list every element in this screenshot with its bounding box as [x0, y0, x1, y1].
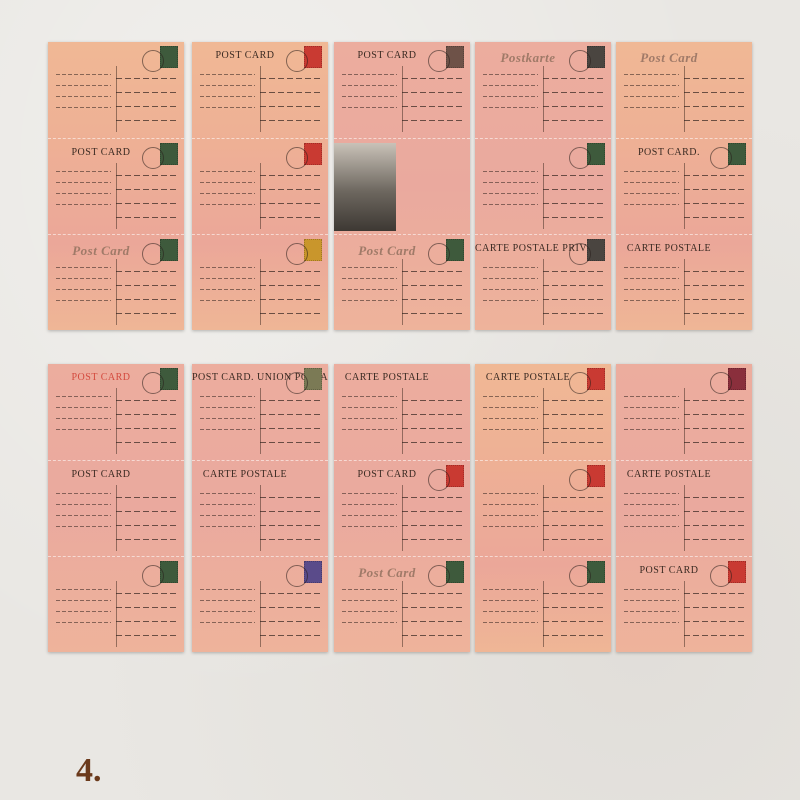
handwriting-line [684, 203, 744, 204]
handwriting-line [342, 278, 397, 279]
postcard-segment: Miss Hedwig Faien, 2558 N. 19th St., Mil… [616, 364, 752, 460]
card-divider [543, 259, 544, 325]
postcard-heading: CARTE POSTALE PRIVEE [475, 243, 581, 254]
postcard-segment: Miss Hedwig Faien, 2558 N. 19th St., Mil… [192, 234, 328, 330]
postcard-segment: PostkarteFrau Emma Zielinski, Berlin C, … [475, 42, 611, 138]
postmark-icon [428, 243, 450, 265]
handwriting-line [260, 621, 320, 622]
handwriting-line [684, 120, 744, 121]
postcard-sheet: POST CARD. UNION POSTALEMiss Margery Web… [192, 364, 328, 652]
handwriting-line [624, 589, 679, 590]
handwriting-line [56, 278, 111, 279]
handwriting-line [260, 497, 320, 498]
postcard-segment: POST CARDMiss Mildred Cohen, Summerville [334, 460, 470, 557]
handwriting-line [200, 418, 255, 419]
postmark-icon [142, 243, 164, 265]
postcard-segment: POST CARD.Miss Margery Webs, Ovstock Rec… [616, 138, 752, 235]
postcard-segment: Santa Rosa [192, 138, 328, 235]
handwriting-line [260, 285, 320, 286]
postmark-icon [569, 147, 591, 169]
postcard-heading: Postkarte [475, 50, 581, 66]
postmark-icon [710, 565, 732, 587]
card-divider [116, 388, 117, 454]
card-divider [543, 66, 544, 132]
handwriting-line [624, 289, 679, 290]
handwriting-line [342, 418, 397, 419]
handwriting-line [200, 504, 255, 505]
postmark-icon [428, 50, 450, 72]
postmark-icon [286, 372, 308, 394]
handwriting-line [200, 396, 255, 397]
postcard-segment [48, 556, 184, 652]
church-photo [334, 143, 396, 231]
handwriting-line [543, 299, 603, 300]
handwriting-line [543, 106, 603, 107]
handwriting-line [624, 204, 679, 205]
handwriting-line [402, 78, 462, 79]
handwriting-line [260, 414, 320, 415]
postcard-sheet: CARTE POSTALEPOST CARDMiss Mildred Cohen… [334, 364, 470, 652]
handwriting-line [402, 593, 462, 594]
postcard-heading: POST CARD [616, 565, 722, 576]
handwriting-line [684, 313, 744, 314]
postcard-segment: POST CARDMr. and Mrs. Paul Cunningham, J… [616, 556, 752, 652]
handwriting-line [543, 428, 603, 429]
handwriting-line [116, 635, 176, 636]
handwriting-line [56, 600, 111, 601]
handwriting-line [483, 96, 538, 97]
handwriting-line [483, 204, 538, 205]
handwriting-line [402, 106, 462, 107]
postcard-segment: POST CARDMiss Stewart Cheney [48, 138, 184, 235]
card-divider [260, 259, 261, 325]
handwriting-line [483, 622, 538, 623]
card-divider [260, 66, 261, 132]
postmark-icon [142, 50, 164, 72]
handwriting-line [200, 515, 255, 516]
postcard-heading: CARTE POSTALE [616, 469, 722, 480]
handwriting-line [56, 526, 111, 527]
postmark-icon [286, 147, 308, 169]
handwriting-line [116, 428, 176, 429]
handwriting-line [543, 285, 603, 286]
card-divider [684, 581, 685, 647]
handwriting-line [342, 526, 397, 527]
postmark-icon [569, 372, 591, 394]
handwriting-line [116, 539, 176, 540]
handwriting-line [200, 600, 255, 601]
handwriting-line [56, 418, 111, 419]
handwriting-line [543, 400, 603, 401]
postcard-sheet: PostkarteFrau Emma Zielinski, Berlin C, … [475, 42, 611, 330]
handwriting-line [116, 78, 176, 79]
handwriting-line [116, 497, 176, 498]
handwriting-line [116, 525, 176, 526]
card-divider [260, 163, 261, 229]
handwriting-line [56, 182, 111, 183]
handwriting-line [56, 429, 111, 430]
handwriting-line [624, 429, 679, 430]
handwriting-line [483, 193, 538, 194]
postcard-segment: Post Card [48, 234, 184, 330]
handwriting-line [483, 267, 538, 268]
postcard-segment: CARTE POSTALEMr. King Elbin [616, 234, 752, 330]
postcard-heading: Post Card [334, 243, 440, 259]
handwriting-line [624, 107, 679, 108]
handwriting-line [200, 204, 255, 205]
postcard-segment: CARTE POSTALEMademoiselle [475, 364, 611, 460]
card-divider [116, 163, 117, 229]
handwriting-line [200, 289, 255, 290]
handwriting-line [624, 96, 679, 97]
handwriting-line [402, 497, 462, 498]
postcard-heading: CARTE POSTALE [334, 372, 440, 383]
handwriting-line [116, 621, 176, 622]
postcard-segment: CARTE POSTALEMadame F. Henry, Alameda, C… [616, 460, 752, 557]
postcard-segment: POST CARDMatilda Finnegan, Riverside, Ca… [48, 364, 184, 460]
handwriting-line [56, 407, 111, 408]
handwriting-line [56, 267, 111, 268]
handwriting-line [624, 182, 679, 183]
card-divider [684, 388, 685, 454]
postcard-heading: POST CARD [192, 50, 298, 61]
handwriting-line [483, 429, 538, 430]
handwriting-line [260, 92, 320, 93]
handwriting-line [402, 92, 462, 93]
handwriting-line [543, 635, 603, 636]
handwriting-line [624, 85, 679, 86]
handwriting-line [116, 299, 176, 300]
handwriting-line [402, 539, 462, 540]
handwriting-line [402, 428, 462, 429]
handwriting-line [260, 120, 320, 121]
handwriting-line [624, 504, 679, 505]
handwriting-line [483, 589, 538, 590]
handwriting-line [624, 171, 679, 172]
handwriting-line [200, 526, 255, 527]
handwriting-line [483, 74, 538, 75]
card-divider [116, 485, 117, 551]
handwriting-line [260, 203, 320, 204]
handwriting-line [342, 396, 397, 397]
handwriting-line [116, 414, 176, 415]
handwriting-line [342, 429, 397, 430]
handwriting-line [483, 493, 538, 494]
handwriting-line [260, 217, 320, 218]
postmark-icon [710, 372, 732, 394]
handwriting-line [56, 204, 111, 205]
handwriting-line [684, 525, 744, 526]
postcard-sheet: CARTE POSTALEMademoiselleMrs. W. Heather… [475, 364, 611, 652]
handwriting-line [624, 278, 679, 279]
handwriting-line [200, 193, 255, 194]
handwriting-line [56, 85, 111, 86]
card-divider [684, 163, 685, 229]
card-divider [684, 259, 685, 325]
handwriting-line [200, 622, 255, 623]
handwriting-line [116, 442, 176, 443]
handwriting-line [684, 497, 744, 498]
handwriting-line [483, 407, 538, 408]
handwriting-line [200, 74, 255, 75]
handwriting-line [260, 635, 320, 636]
handwriting-line [483, 171, 538, 172]
card-divider [684, 66, 685, 132]
postcard-heading: POST CARD. UNION POSTALE [192, 372, 298, 383]
handwriting-line [402, 442, 462, 443]
postmark-icon [569, 469, 591, 491]
handwriting-line [260, 511, 320, 512]
handwriting-line [200, 96, 255, 97]
handwriting-line [402, 511, 462, 512]
card-divider [543, 163, 544, 229]
card-divider [116, 259, 117, 325]
handwriting-line [684, 539, 744, 540]
handwriting-line [56, 493, 111, 494]
handwriting-line [200, 107, 255, 108]
handwriting-line [200, 267, 255, 268]
postcard-segment: CARTE POSTALE PRIVEEMiss Maude Bartlett,… [475, 234, 611, 330]
handwriting-line [624, 396, 679, 397]
postcard-heading: POST CARD [48, 469, 154, 480]
card-divider [116, 66, 117, 132]
postcard-sheet: POST CARDMatilda Finnegan, Riverside, Ca… [48, 364, 184, 652]
card-divider [402, 259, 403, 325]
postcard-heading: Post Card [48, 243, 154, 259]
handwriting-line [483, 418, 538, 419]
handwriting-line [543, 217, 603, 218]
handwriting-line [624, 611, 679, 612]
handwriting-line [543, 414, 603, 415]
handwriting-line [200, 171, 255, 172]
handwriting-line [260, 271, 320, 272]
handwriting-line [56, 96, 111, 97]
handwriting-line [342, 589, 397, 590]
handwriting-line [260, 400, 320, 401]
postcard-heading: Post Card [616, 50, 722, 66]
postcard-segment [475, 138, 611, 235]
handwriting-line [684, 442, 744, 443]
postcard-segment [475, 460, 611, 557]
card-divider [260, 581, 261, 647]
postcard-heading: POST CARD [334, 469, 440, 480]
handwriting-line [260, 428, 320, 429]
postcard-sheet: POST CARDHarold R. Kruschel, Milwaukee, … [192, 42, 328, 330]
postcard-segment: POST CARDJohn Sefton Esq, 113 Madison St… [334, 42, 470, 138]
handwriting-line [200, 300, 255, 301]
handwriting-line [543, 539, 603, 540]
handwriting-line [684, 400, 744, 401]
handwriting-line [260, 78, 320, 79]
handwriting-line [402, 621, 462, 622]
handwriting-line [200, 429, 255, 430]
postmark-icon [428, 469, 450, 491]
handwriting-line [116, 203, 176, 204]
handwriting-line [402, 635, 462, 636]
handwriting-line [684, 271, 744, 272]
handwriting-line [56, 107, 111, 108]
postcard-heading: POST CARD [48, 147, 154, 158]
handwriting-line [116, 400, 176, 401]
postcard-segment: POST CARD [48, 460, 184, 557]
handwriting-line [684, 299, 744, 300]
handwriting-line [260, 525, 320, 526]
handwriting-line [56, 589, 111, 590]
handwriting-line [116, 189, 176, 190]
handwriting-line [200, 407, 255, 408]
handwriting-line [483, 300, 538, 301]
card-divider [543, 581, 544, 647]
handwriting-line [483, 515, 538, 516]
handwriting-line [56, 74, 111, 75]
card-divider [684, 485, 685, 551]
postcard-heading: POST CARD. [616, 147, 722, 158]
card-divider [402, 388, 403, 454]
handwriting-line [116, 285, 176, 286]
handwriting-line [116, 607, 176, 608]
postmark-icon [286, 50, 308, 72]
postmark-icon [142, 372, 164, 394]
handwriting-line [483, 182, 538, 183]
handwriting-line [260, 442, 320, 443]
handwriting-line [543, 120, 603, 121]
handwriting-line [200, 611, 255, 612]
handwriting-line [116, 106, 176, 107]
handwriting-line [342, 107, 397, 108]
handwriting-line [200, 85, 255, 86]
handwriting-line [260, 607, 320, 608]
handwriting-line [402, 607, 462, 608]
handwriting-line [483, 85, 538, 86]
handwriting-line [200, 589, 255, 590]
handwriting-line [543, 511, 603, 512]
card-divider [543, 388, 544, 454]
handwriting-line [684, 106, 744, 107]
handwriting-line [260, 175, 320, 176]
handwriting-line [684, 92, 744, 93]
postcard-segment: CARTE POSTALE [334, 364, 470, 460]
postmark-icon [286, 565, 308, 587]
postmark-icon [142, 147, 164, 169]
handwriting-line [684, 414, 744, 415]
handwriting-line [483, 278, 538, 279]
handwriting-line [116, 511, 176, 512]
handwriting-line [402, 120, 462, 121]
handwriting-line [200, 182, 255, 183]
handwriting-line [402, 271, 462, 272]
handwriting-line [56, 171, 111, 172]
handwriting-line [543, 497, 603, 498]
postcard-segment [334, 138, 470, 235]
handwriting-line [624, 267, 679, 268]
handwriting-line [684, 621, 744, 622]
handwriting-line [342, 493, 397, 494]
postcard-segment: Post Card [334, 556, 470, 652]
handwriting-line [342, 407, 397, 408]
handwriting-line [624, 193, 679, 194]
handwriting-line [260, 593, 320, 594]
postcard-segment: Post CardMiss Christine Sanders, Salaman… [334, 234, 470, 330]
postcard-sheet: Miss Hedwig Faien, 2558 N. 19th St., Mil… [616, 364, 752, 652]
handwriting-line [402, 525, 462, 526]
handwriting-line [402, 313, 462, 314]
card-divider [543, 485, 544, 551]
handwriting-line [684, 285, 744, 286]
handwriting-line [543, 607, 603, 608]
handwriting-line [402, 285, 462, 286]
handwriting-line [624, 407, 679, 408]
handwriting-line [402, 400, 462, 401]
handwriting-line [402, 299, 462, 300]
handwriting-line [684, 78, 744, 79]
handwriting-line [342, 622, 397, 623]
handwriting-line [684, 511, 744, 512]
postmark-icon [710, 147, 732, 169]
handwriting-line [116, 593, 176, 594]
postcard-segment: Post CardMr. H. H. Gee, Anderson [616, 42, 752, 138]
handwriting-line [684, 428, 744, 429]
handwriting-line [56, 504, 111, 505]
handwriting-line [56, 396, 111, 397]
postmark-icon [569, 565, 591, 587]
handwriting-line [116, 175, 176, 176]
card-divider [260, 388, 261, 454]
postmark-icon [569, 243, 591, 265]
handwriting-line [342, 600, 397, 601]
postcard-sheet: POST CARDJohn Sefton Esq, 113 Madison St… [334, 42, 470, 330]
handwriting-line [684, 175, 744, 176]
postmark-icon [142, 565, 164, 587]
handwriting-line [624, 526, 679, 527]
handwriting-line [684, 607, 744, 608]
handwriting-line [483, 289, 538, 290]
handwriting-line [56, 300, 111, 301]
handwriting-line [483, 396, 538, 397]
handwriting-line [624, 622, 679, 623]
postcard-segment: Mrs. W. Heather, Brooklyn, N.Y. [475, 556, 611, 652]
handwriting-line [116, 120, 176, 121]
handwriting-line [624, 515, 679, 516]
postmark-icon [569, 50, 591, 72]
handwriting-line [116, 271, 176, 272]
handwriting-line [483, 600, 538, 601]
handwriting-line [260, 539, 320, 540]
postcard-heading: CARTE POSTALE [475, 372, 581, 383]
handwriting-line [342, 515, 397, 516]
card-divider [402, 581, 403, 647]
postcard-heading: CARTE POSTALE [192, 469, 298, 480]
handwriting-line [543, 203, 603, 204]
postmark-icon [286, 243, 308, 265]
card-divider [402, 485, 403, 551]
handwriting-line [543, 189, 603, 190]
card-divider [116, 581, 117, 647]
postcard-segment: Mrs Frank Fisher [48, 42, 184, 138]
handwriting-line [342, 96, 397, 97]
handwriting-line [342, 267, 397, 268]
handwriting-line [543, 92, 603, 93]
handwriting-line [483, 504, 538, 505]
handwriting-line [342, 289, 397, 290]
handwriting-line [684, 189, 744, 190]
handwriting-line [543, 621, 603, 622]
handwriting-line [260, 189, 320, 190]
card-divider [260, 485, 261, 551]
postcard-heading: Post Card [334, 565, 440, 581]
handwriting-line [342, 611, 397, 612]
postmark-icon [428, 565, 450, 587]
handwriting-line [56, 515, 111, 516]
